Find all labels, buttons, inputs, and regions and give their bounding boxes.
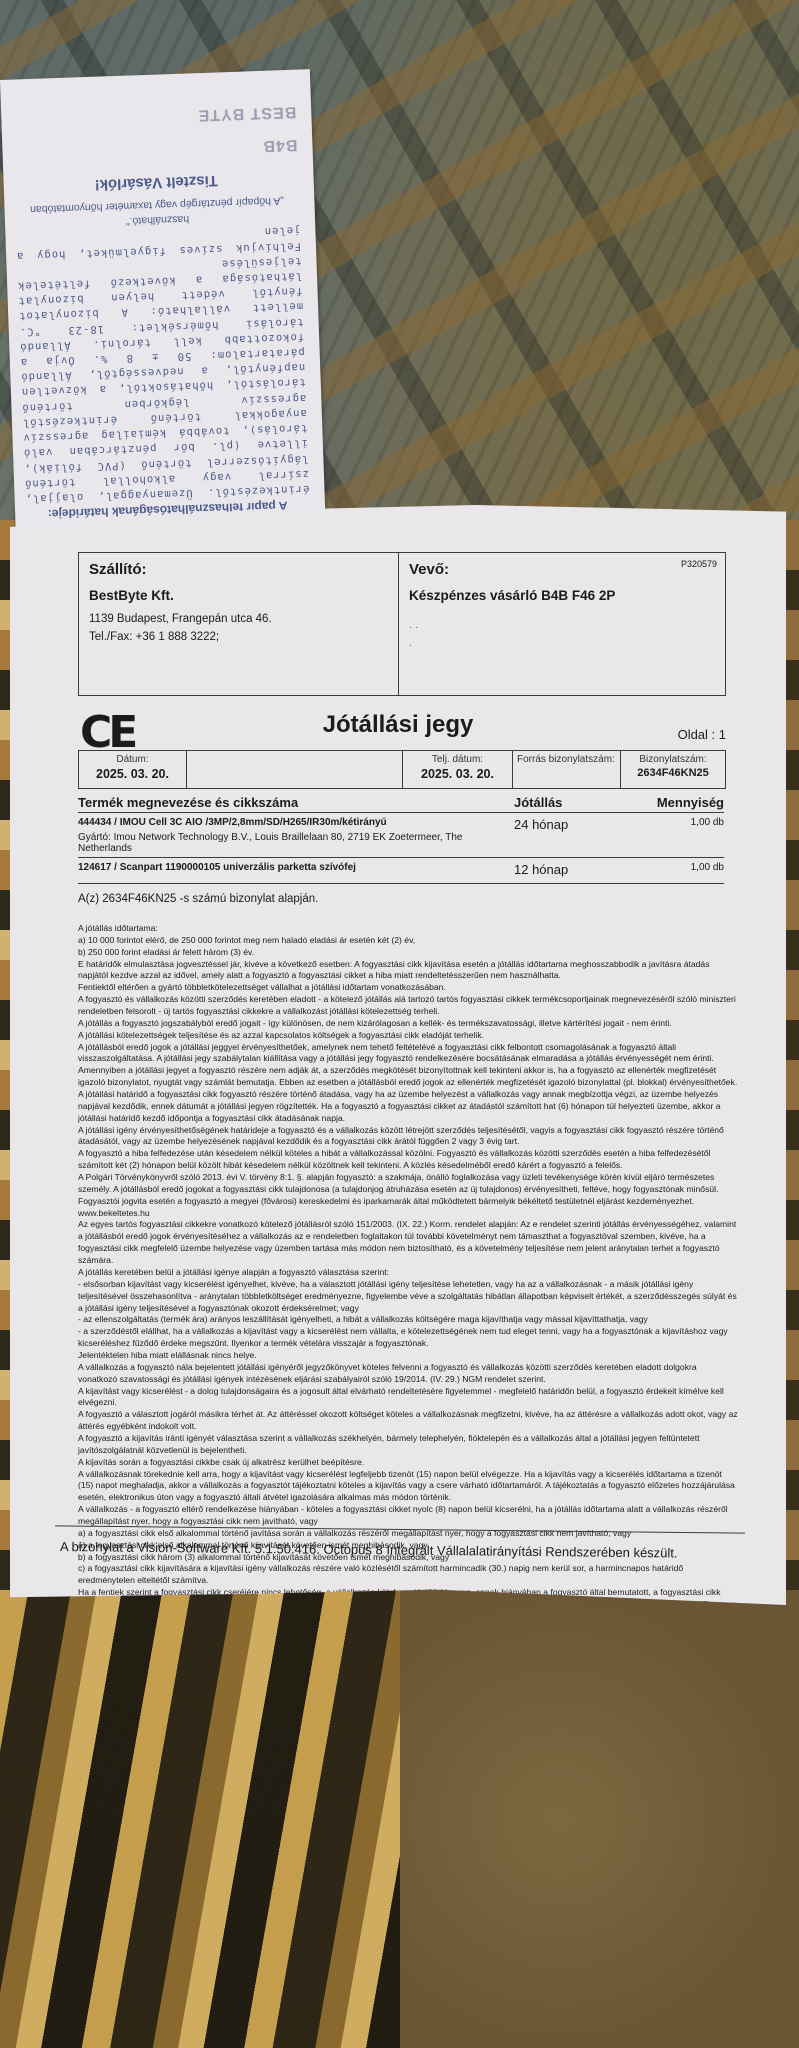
item-manufacturer: Gyártó: Imou Network Technology B.V., Lo… [78, 832, 514, 854]
blanket-plain-area [400, 1590, 799, 2048]
terms-paragraph: A kijavítás során a fogyasztási cikkbe c… [78, 1457, 738, 1469]
items-header-name: Termék megnevezése és cikkszáma [78, 795, 514, 810]
buyer-section: P320579 Vevő: Készpénzes vásárló B4B F46… [399, 553, 725, 695]
item-title: 444434 / IMOU Cell 3C AIO /3MP/2,8mm/SD/… [78, 817, 514, 828]
meta-source-doc-label: Forrás bizonylatszám: [517, 754, 616, 765]
meta-date: Dátum: 2025. 03. 20. [79, 751, 187, 788]
terms-paragraph: A fogyasztó a kijavítás iránti igényét v… [78, 1433, 738, 1457]
warranty-terms: A jótállás időtartama:a) 10 000 forintot… [78, 923, 738, 1623]
terms-paragraph: A vállalkozásnak törekednie kell arra, h… [78, 1469, 738, 1505]
terms-paragraph: a) 10 000 forintot elérő, de 250 000 for… [78, 935, 738, 947]
receipt-storage-text: érintkezéstől. Üzemanyaggal, olajjal, zs… [16, 253, 309, 506]
thermal-receipt: Móriá Kft. 2072 Zsámbék, Hosszúlépő út 1… [0, 69, 327, 560]
warranty-card: Szállító: BestByte Kft. 1139 Budapest, F… [10, 505, 786, 1605]
terms-paragraph: - az ellenszolgáltatás (termék ára) arán… [78, 1314, 738, 1326]
terms-paragraph: A jótállásból eredő jogok a jótállási je… [78, 1042, 738, 1066]
terms-paragraph: E határidők elmulasztása jogvesztéssel j… [78, 959, 738, 983]
item-quantity: 1,00 db [634, 817, 724, 854]
meta-source-doc: Forrás bizonylatszám: [513, 751, 621, 788]
party-box: Szállító: BestByte Kft. 1139 Budapest, F… [78, 552, 726, 696]
terms-paragraph: A jótállási határidő a fogyasztási cikk … [78, 1089, 738, 1125]
terms-paragraph: A kijavítást vagy kicserélést - a dolog … [78, 1386, 738, 1410]
terms-paragraph: A jótállás a fogyasztó jogszabályból ere… [78, 1018, 738, 1030]
document-meta-table: Dátum: 2025. 03. 20. Telj. dátum: 2025. … [78, 750, 726, 789]
supplier-section: Szállító: BestByte Kft. 1139 Budapest, F… [79, 553, 399, 695]
terms-paragraph: c) a fogyasztási cikk kijavítására a kij… [78, 1563, 738, 1587]
terms-paragraph: Jelentéktelen hiba miatt elállásnak ninc… [78, 1350, 738, 1362]
receipt-logo-sub: B4B [12, 133, 298, 166]
item-row: 124617 / Scanpart 1190000105 univerzális… [78, 857, 724, 877]
terms-paragraph: Amennyiben a jótállási jegyet a fogyaszt… [78, 1065, 738, 1089]
buyer-label: Vevő: [409, 561, 715, 578]
meta-doc-number-value: 2634F46KN25 [625, 767, 721, 779]
terms-paragraph: Fentiektől eltérően a gyártó többletköte… [78, 982, 738, 994]
supplier-label: Szállító: [89, 561, 388, 578]
blanket-striped-area [0, 1590, 420, 2048]
items-divider [78, 883, 724, 884]
terms-paragraph: Az egyes tartós fogyasztási cikkekre von… [78, 1219, 738, 1266]
document-basis: A(z) 2634F46KN25 -s számú bizonylat alap… [78, 893, 318, 905]
terms-paragraph: A vállalkozás - a fogyasztó eltérő rende… [78, 1504, 738, 1528]
terms-paragraph: Fogyasztói jogvita esetén a fogyasztó a … [78, 1196, 738, 1220]
terms-paragraph: A vállalkozás a fogyasztó nála bejelente… [78, 1362, 738, 1386]
buyer-name: Készpénzes vásárló B4B F46 2P [409, 588, 715, 603]
supplier-address: 1139 Budapest, Frangepán utca 46. [89, 613, 388, 625]
buyer-address-line-2: . [409, 635, 715, 653]
meta-doc-number-label: Bizonylatszám: [625, 754, 721, 765]
supplier-name: BestByte Kft. [89, 588, 388, 603]
meta-performance-date: Telj. dátum: 2025. 03. 20. [403, 751, 513, 788]
page-number: Oldal : 1 [678, 727, 726, 742]
item-quantity: 1,00 db [634, 862, 724, 877]
meta-performance-date-value: 2025. 03. 20. [407, 767, 508, 781]
items-header: Termék megnevezése és cikkszáma Jótállás… [78, 795, 724, 813]
terms-paragraph: A fogyasztó a választott jogáról másikra… [78, 1409, 738, 1433]
terms-paragraph: A jótállási igény érvényesíthetőségének … [78, 1125, 738, 1149]
item-row: 444434 / IMOU Cell 3C AIO /3MP/2,8mm/SD/… [78, 817, 724, 854]
item-title: 124617 / Scanpart 1190000105 univerzális… [78, 862, 514, 873]
meta-empty-cell [187, 751, 403, 788]
item-warranty: 24 hónap [514, 817, 634, 854]
buyer-address-line-1: . . [409, 617, 715, 635]
terms-paragraph: - elsősorban kijavítást vagy kicserélést… [78, 1279, 738, 1315]
item-warranty: 12 hónap [514, 862, 634, 877]
terms-paragraph: A fogyasztó a hiba felfedezése után kése… [78, 1148, 738, 1172]
supplier-phone: Tel./Fax: +36 1 888 3222; [89, 631, 388, 643]
receipt-logo: BEST BYTE [11, 100, 297, 133]
document-code: P320579 [681, 559, 717, 569]
terms-paragraph: A jótállás keretében belül a jótállási i… [78, 1267, 738, 1279]
meta-doc-number: Bizonylatszám: 2634F46KN25 [621, 751, 725, 788]
meta-performance-date-label: Telj. dátum: [407, 754, 508, 765]
meta-date-value: 2025. 03. 20. [83, 767, 182, 781]
terms-paragraph: - a szerződéstől elállhat, ha a vállalko… [78, 1326, 738, 1350]
items-header-warranty: Jótállás [514, 795, 634, 810]
terms-paragraph: A jótállási kötelezettségek teljesítése … [78, 1030, 738, 1042]
terms-paragraph: A Polgári Törvénykönyvről szóló 2013. év… [78, 1172, 738, 1196]
terms-paragraph: A jótállás időtartama: [78, 923, 738, 935]
terms-paragraph: b) 250 000 forint eladási ár felett háro… [78, 947, 738, 959]
items-header-quantity: Mennyiség [634, 795, 724, 810]
meta-date-label: Dátum: [83, 754, 182, 765]
document-title: Jótállási jegy [10, 711, 786, 739]
terms-paragraph: A fogyasztó és vállalkozás közötti szerz… [78, 994, 738, 1018]
